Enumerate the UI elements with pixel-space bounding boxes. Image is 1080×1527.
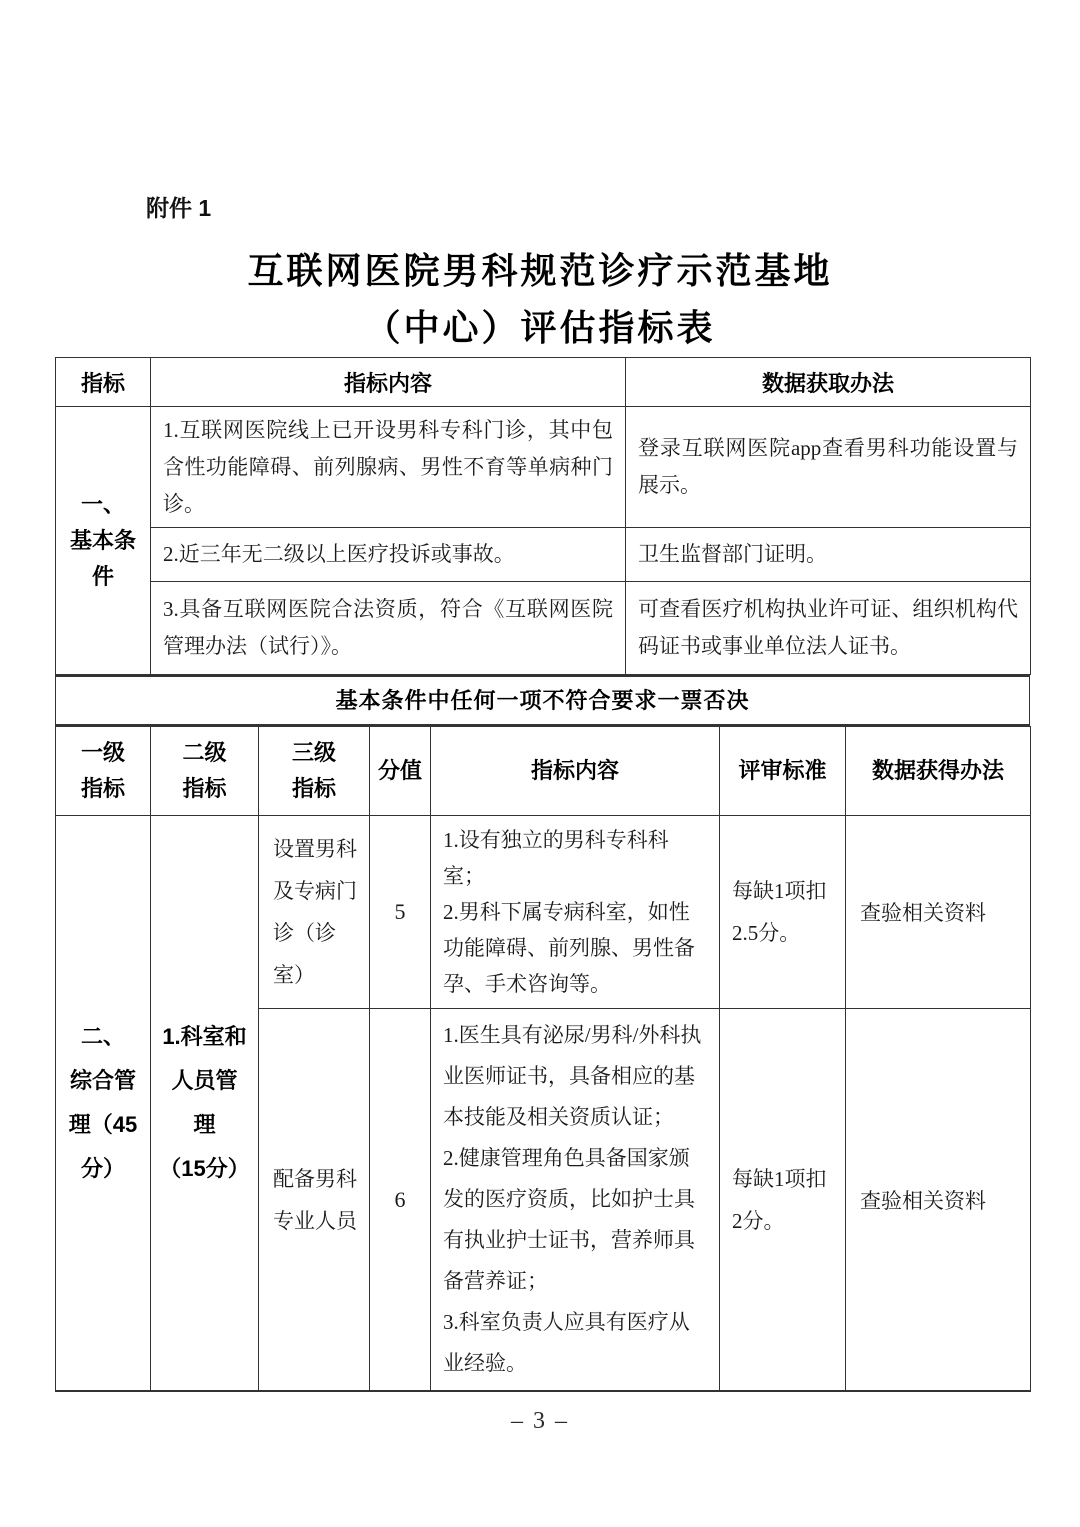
t2-header-score: 分值 (370, 727, 431, 816)
t2-row1-level3-cell: 设置男科 及专病门 诊（诊室） (259, 816, 370, 1009)
t2-header-row: 一级 指标 二级 指标 三级 指标 分值 指标内容 评审标准 数据获得办法 (56, 727, 1031, 816)
t2-row2-method-cell: 查验相关资料 (846, 1009, 1031, 1392)
t1-row3-content-cell: 3.具备互联网医院合法资质，符合《互联网医院管理办法（试行）》。 (151, 582, 626, 675)
t1-row1-method-cell: 登录互联网医院app查看男科功能设置与展示。 (626, 407, 1031, 528)
t1-row-3: 3.具备互联网医院合法资质，符合《互联网医院管理办法（试行）》。 可查看医疗机构… (56, 582, 1031, 675)
t2-header-level3: 三级 指标 (259, 727, 370, 816)
t2-row-1: 二、 综合管 理（45 分） 1.科室和 人员管 理 （15分） 设置男科 及专… (56, 816, 1031, 1009)
t2-level2-cell: 1.科室和 人员管 理 （15分） (151, 816, 259, 1392)
t1-row2-method-cell: 卫生监督部门证明。 (626, 528, 1031, 582)
t2-header-level2: 二级 指标 (151, 727, 259, 816)
t1-row3-method-cell: 可查看医疗机构执业许可证、组织机构代码证书或事业单位法人证书。 (626, 582, 1031, 675)
t2-row1-method-cell: 查验相关资料 (846, 816, 1031, 1009)
document-title-line2: （中心）评估指标表 (0, 300, 1080, 351)
t2-row1-content-cell: 1.设有独立的男科专科科室； 2.男科下属专病科室，如性功能障碍、前列腺、男性备… (431, 816, 720, 1009)
t2-row2-content-cell: 1.医生具有泌尿/男科/外科执业医师证书，具备相应的基本技能及相关资质认证； 2… (431, 1009, 720, 1392)
page-number: – 3 – (0, 1408, 1080, 1435)
t2-row1-standard-cell: 每缺1项扣 2.5分。 (720, 816, 846, 1009)
t1-header-indicator: 指标 (56, 358, 151, 407)
t1-row-2: 2.近三年无二级以上医疗投诉或事故。 卫生监督部门证明。 (56, 528, 1031, 582)
page-container: 附件 1 互联网医院男科规范诊疗示范基地 （中心）评估指标表 指标 指标内容 数… (0, 0, 1080, 1527)
evaluation-indicators-table: 一级 指标 二级 指标 三级 指标 分值 指标内容 评审标准 数据获得办法 二、… (55, 726, 1031, 1392)
t2-row2-level3-cell: 配备男科 专业人员 (259, 1009, 370, 1392)
t1-row2-content-cell: 2.近三年无二级以上医疗投诉或事故。 (151, 528, 626, 582)
veto-note-row: 基本条件中任何一项不符合要求一票否决 (55, 675, 1030, 726)
t2-row2-score-cell: 6 (370, 1009, 431, 1392)
t2-row1-score-cell: 5 (370, 816, 431, 1009)
t1-header-content: 指标内容 (151, 358, 626, 407)
basic-conditions-table: 指标 指标内容 数据获取办法 一、 基本条 件 1.互联网医院线上已开设男科专科… (55, 357, 1031, 675)
t2-header-level1: 一级 指标 (56, 727, 151, 816)
t1-header-method: 数据获取办法 (626, 358, 1031, 407)
document-title-line1: 互联网医院男科规范诊疗示范基地 (0, 243, 1080, 294)
t1-row1-content-cell: 1.互联网医院线上已开设男科专科门诊，其中包含性功能障碍、前列腺病、男性不育等单… (151, 407, 626, 528)
tables-container: 指标 指标内容 数据获取办法 一、 基本条 件 1.互联网医院线上已开设男科专科… (55, 357, 1030, 1392)
t2-row2-standard-cell: 每缺1项扣 2分。 (720, 1009, 846, 1392)
t2-header-content: 指标内容 (431, 727, 720, 816)
t1-group-label-cell: 一、 基本条 件 (56, 407, 151, 675)
t2-level1-cell: 二、 综合管 理（45 分） (56, 816, 151, 1392)
attachment-label: 附件 1 (146, 190, 211, 223)
t2-header-standard: 评审标准 (720, 727, 846, 816)
t2-header-method: 数据获得办法 (846, 727, 1031, 816)
t1-header-row: 指标 指标内容 数据获取办法 (56, 358, 1031, 407)
t1-row-1: 一、 基本条 件 1.互联网医院线上已开设男科专科门诊，其中包含性功能障碍、前列… (56, 407, 1031, 528)
